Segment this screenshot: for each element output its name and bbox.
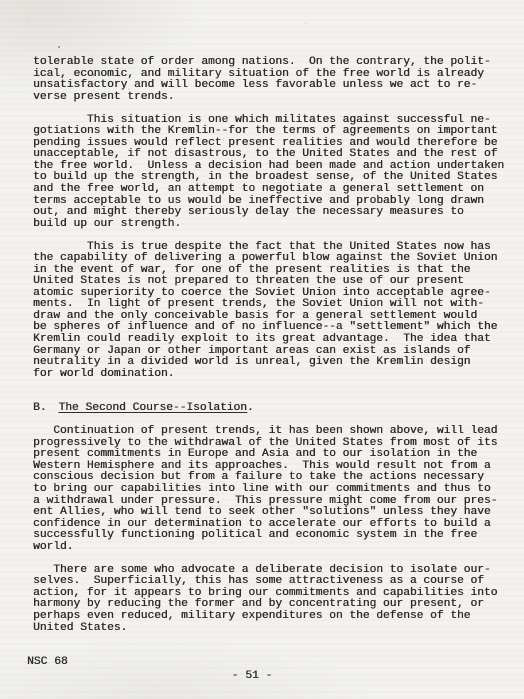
section-heading: B.The Second Course--Isolation. — [33, 403, 515, 415]
section-heading-label: B. — [33, 402, 46, 414]
paper-speckles — [0, 0, 2, 2]
footer-doc-id: NSC 68 — [27, 656, 68, 668]
paragraph-atomic-superiority: This is true despite the fact that the U… — [33, 242, 515, 381]
paragraph-continuation: tolerable state of order among nations. … — [33, 57, 515, 103]
section-heading-title: The Second Course--Isolation — [58, 402, 246, 414]
paragraph-isolation-advocates: There are some who advocate a deliberate… — [33, 565, 515, 634]
page-body: tolerable state of order among nations. … — [33, 57, 515, 634]
footer-page-number: - 51 - — [0, 670, 504, 682]
paragraph-negotiations: This situation is one which militates ag… — [33, 115, 515, 230]
section-heading-period: . — [247, 402, 254, 414]
paragraph-continuation-of-trends: Continuation of present trends, it has b… — [33, 426, 515, 553]
document-page: tolerable state of order among nations. … — [0, 0, 524, 699]
